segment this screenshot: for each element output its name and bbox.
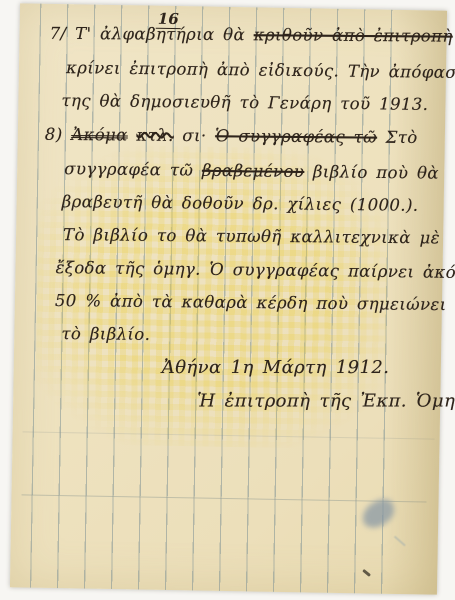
line-text: 8) [45, 125, 72, 144]
handwritten-line-6: βραβευτῆ θὰ δοθοῦν δρ. χίλιες (1000.). [62, 192, 419, 215]
handwritten-line-10: τὸ βιβλίο. [61, 324, 150, 344]
strikethrough-text: Ἀκόμα [71, 125, 128, 144]
signature-line: Ἡ ἐπιτροπὴ τῆς Ἐκπ. Ὁμηγ. [197, 390, 455, 411]
date-line: Ἀθήνα 1η Μάρτη 1912. [162, 357, 390, 378]
handwritten-line-4: 8) Ἀκόμα κτλ. σι· Ὁ συγγραφέας τῶ Στὸ [45, 125, 418, 147]
handwritten-line-9: 50 % ἀπὸ τὰ καθαρὰ κέρδη ποὺ σημειώνει [55, 291, 447, 314]
inserted-number-16: 16 [156, 10, 181, 29]
paper-sheet: 7/ Τ' ἀλφαβητήρια θὰ κριθοῦν ἀπὸ ἐπιτροπ… [10, 3, 447, 594]
strikethrough-text: βραβεμένου [202, 161, 305, 181]
strikethrough-text: κριθοῦν ἀπὸ ἐπιτροπὴ [254, 25, 453, 45]
line-text: συγγραφέα τῶ [64, 159, 202, 180]
strikethrough-text: Ὁ συγγραφέας τῶ [215, 126, 377, 146]
handwritten-line-1: 7/ Τ' ἀλφαβητήρια θὰ κριθοῦν ἀπὸ ἐπιτροπ… [50, 24, 455, 46]
scribbled-out-text: κτλ. [136, 126, 173, 145]
line-text: 7/ Τ' ἀλφαβητήρια θὰ [50, 24, 254, 44]
scanned-manuscript-page: { "colors": { "scan_background": "#f7f6f… [0, 0, 455, 600]
handwritten-line-7: Τὸ βιβλίο το θὰ τυπωθῆ καλλιτεχνικὰ μὲ [63, 225, 440, 247]
handwritten-line-3: της θὰ δημοσιευθῆ τὸ Γενάρη τοῦ 1913. [61, 91, 428, 114]
line-text: Στὸ [377, 128, 418, 147]
line-text: βιβλίο ποὺ θὰ [304, 162, 439, 183]
line-text: σι· [174, 126, 216, 145]
